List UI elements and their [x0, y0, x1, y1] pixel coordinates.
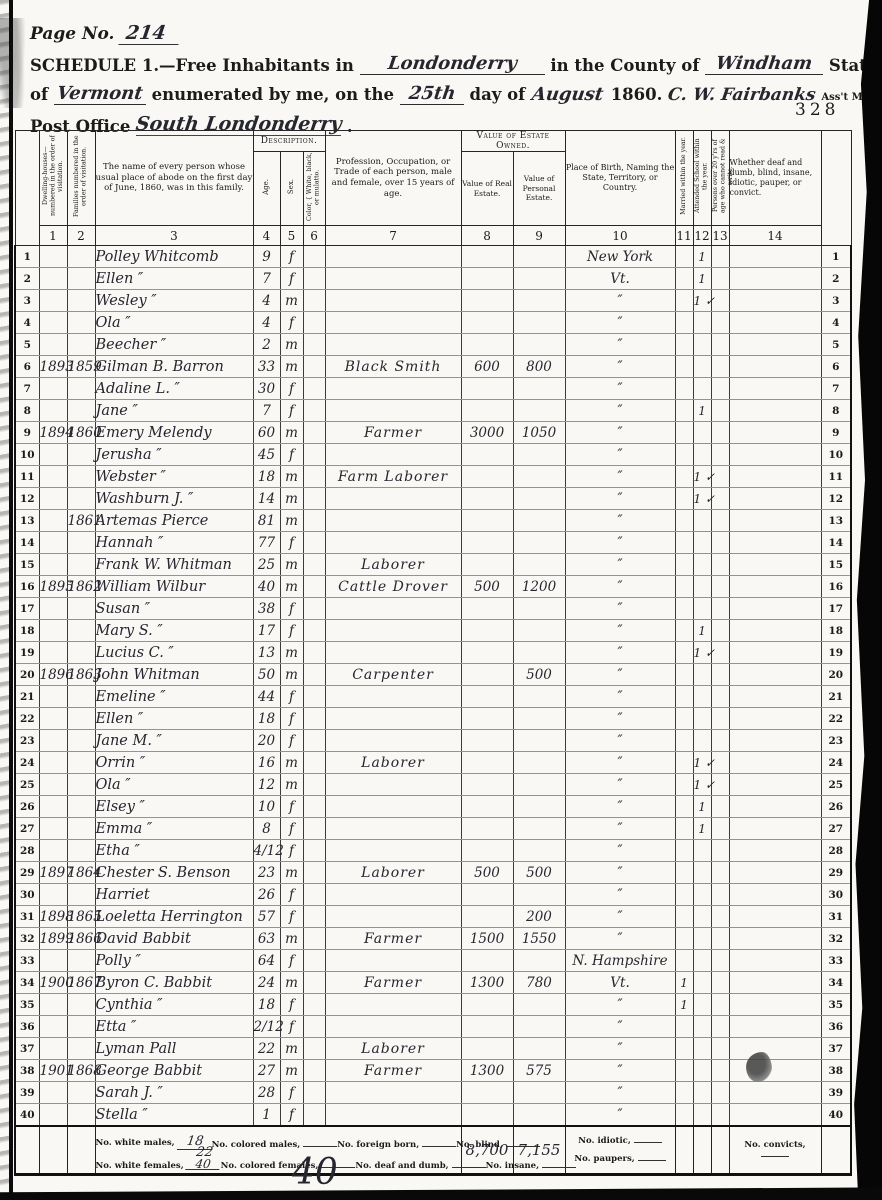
person-name: Polley Whitcomb — [95, 246, 253, 268]
row-number: 5 — [821, 334, 851, 356]
footer-right-number-cell — [821, 1126, 851, 1175]
school-mark — [693, 1038, 711, 1060]
row-number: 14 — [821, 532, 851, 554]
dwelling-number — [39, 598, 67, 620]
family-number — [67, 950, 95, 972]
color — [303, 532, 325, 554]
personal-estate-value — [513, 752, 565, 774]
age: 44 — [253, 686, 280, 708]
real-estate-value — [461, 1082, 513, 1104]
remarks — [729, 994, 821, 1016]
married-mark — [675, 840, 693, 862]
table-row: 1618951862William Wilbur40mCattle Drover… — [15, 576, 851, 598]
table-row: 7Adaline L. ″30f″7 — [15, 378, 851, 400]
footer-left-number-cell — [15, 1126, 39, 1175]
table-footer: No. white males, 18 No. colored males, N… — [15, 1126, 851, 1175]
age: 4/12 — [253, 840, 280, 862]
occupation — [325, 774, 461, 796]
left-number-column-header — [15, 131, 39, 246]
row-number: 13 — [15, 510, 39, 532]
age: 4 — [253, 312, 280, 334]
personal-estate-value — [513, 1082, 565, 1104]
personal-estate-value — [513, 994, 565, 1016]
married-mark: 1 — [675, 994, 693, 1016]
person-name: William Wilbur — [95, 576, 253, 598]
white-females-label: No. white females, — [96, 1161, 184, 1171]
birthplace: ″ — [565, 312, 675, 334]
convicts-label: No. convicts, — [744, 1140, 805, 1150]
school-mark — [693, 862, 711, 884]
birthplace: ″ — [565, 356, 675, 378]
birthplace: Vt. — [565, 972, 675, 994]
personal-estate-value — [513, 400, 565, 422]
family-number — [67, 1082, 95, 1104]
person-name: Byron C. Babbit — [95, 972, 253, 994]
personal-estate-value — [513, 686, 565, 708]
person-name: Emeline ″ — [95, 686, 253, 708]
schedule-title: SCHEDULE 1.—Free Inhabitants in — [30, 56, 354, 75]
person-name: Susan ″ — [95, 598, 253, 620]
column-number: 2 — [67, 226, 95, 246]
real-estate-value — [461, 818, 513, 840]
real-estate-value: 1300 — [461, 1060, 513, 1082]
day-of-label: day of — [470, 85, 526, 104]
cannot-read-mark — [711, 730, 729, 752]
married-mark — [675, 466, 693, 488]
dwelling-number — [39, 752, 67, 774]
sex: f — [280, 708, 303, 730]
school-mark — [693, 1060, 711, 1082]
cannot-read-mark — [711, 444, 729, 466]
color — [303, 510, 325, 532]
school-mark — [693, 994, 711, 1016]
school-mark — [693, 532, 711, 554]
column-number: 7 — [325, 226, 461, 246]
color — [303, 466, 325, 488]
occupation — [325, 444, 461, 466]
row-number: 27 — [15, 818, 39, 840]
color — [303, 598, 325, 620]
birthplace: ″ — [565, 642, 675, 664]
cannot-read-mark — [711, 1016, 729, 1038]
family-number — [67, 466, 95, 488]
real-estate-value — [461, 950, 513, 972]
cannot-read-mark — [711, 994, 729, 1016]
cannot-read-mark — [711, 950, 729, 972]
table-row: 131861Artemas Pierce81m″13 — [15, 510, 851, 532]
married-mark — [675, 1104, 693, 1126]
footer-married-cell — [675, 1126, 693, 1175]
occupation — [325, 818, 461, 840]
married-mark — [675, 488, 693, 510]
remarks — [729, 1038, 821, 1060]
col-profession-header: Profession, Occupation, or Trade of each… — [325, 131, 461, 226]
married-mark — [675, 554, 693, 576]
birthplace: ″ — [565, 664, 675, 686]
real-estate-value — [461, 488, 513, 510]
row-number: 32 — [821, 928, 851, 950]
age: 10 — [253, 796, 280, 818]
occupation — [325, 532, 461, 554]
insane-value — [542, 1167, 576, 1168]
row-number: 37 — [821, 1038, 851, 1060]
age: 23 — [253, 862, 280, 884]
color — [303, 400, 325, 422]
dwelling-number — [39, 730, 67, 752]
person-name: Emery Melendy — [95, 422, 253, 444]
row-number: 3 — [821, 290, 851, 312]
age: 25 — [253, 554, 280, 576]
school-mark: 1 — [693, 400, 711, 422]
color — [303, 642, 325, 664]
cannot-read-mark — [711, 1082, 729, 1104]
married-mark — [675, 598, 693, 620]
family-number — [67, 840, 95, 862]
row-number: 31 — [821, 906, 851, 928]
colored-males-value — [303, 1146, 337, 1147]
age: 50 — [253, 664, 280, 686]
personal-estate-value: 500 — [513, 862, 565, 884]
family-number — [67, 488, 95, 510]
cannot-read-mark — [711, 246, 729, 268]
married-mark — [675, 356, 693, 378]
age: 63 — [253, 928, 280, 950]
dwelling-number — [39, 884, 67, 906]
table-row: 3118981865Loeletta Herrington57f200″31 — [15, 906, 851, 928]
occupation: Farmer — [325, 972, 461, 994]
color — [303, 840, 325, 862]
personal-estate-value — [513, 950, 565, 972]
family-number: 1866 — [67, 928, 95, 950]
real-estate-value — [461, 510, 513, 532]
table-row: 30Harriet26f″30 — [15, 884, 851, 906]
birthplace: ″ — [565, 796, 675, 818]
remarks — [729, 598, 821, 620]
table-row: 1Polley Whitcomb9fNew York11 — [15, 246, 851, 268]
column-number: 5 — [280, 226, 303, 246]
cannot-read-mark — [711, 928, 729, 950]
row-number: 23 — [15, 730, 39, 752]
real-estate-value — [461, 532, 513, 554]
table-row: 12Washburn J. ″14m″1 ✓12 — [15, 488, 851, 510]
age: 28 — [253, 1082, 280, 1104]
column-number: 11 — [675, 226, 693, 246]
birthplace: ″ — [565, 488, 675, 510]
table-row: 14Hannah ″77f″14 — [15, 532, 851, 554]
real-estate-value — [461, 334, 513, 356]
family-number: 1861 — [67, 510, 95, 532]
col-birthplace-header: Place of Birth, Naming the State, Territ… — [565, 131, 675, 226]
personal-estate-value: 1550 — [513, 928, 565, 950]
column-number: 3 — [95, 226, 253, 246]
sex: m — [280, 664, 303, 686]
person-name: Frank W. Whitman — [95, 554, 253, 576]
row-number: 28 — [15, 840, 39, 862]
row-number: 27 — [821, 818, 851, 840]
birthplace: ″ — [565, 378, 675, 400]
occupation: Laborer — [325, 862, 461, 884]
personal-estate-value — [513, 708, 565, 730]
sex: f — [280, 950, 303, 972]
remarks — [729, 664, 821, 686]
personal-estate-value — [513, 1038, 565, 1060]
color — [303, 796, 325, 818]
row-number: 40 — [15, 1104, 39, 1126]
family-number — [67, 752, 95, 774]
age: 8 — [253, 818, 280, 840]
occupation — [325, 510, 461, 532]
married-mark — [675, 1060, 693, 1082]
dwelling-number — [39, 708, 67, 730]
color — [303, 554, 325, 576]
age: 38 — [253, 598, 280, 620]
person-name: Webster ″ — [95, 466, 253, 488]
school-mark — [693, 906, 711, 928]
row-number: 2 — [821, 268, 851, 290]
family-number: 1863 — [67, 664, 95, 686]
row-number: 30 — [15, 884, 39, 906]
school-mark: 1 — [693, 796, 711, 818]
dwelling-number — [39, 796, 67, 818]
col-color-header: Color, { White, black, or mulatto. — [303, 152, 325, 226]
birthplace: ″ — [565, 290, 675, 312]
row-number: 18 — [15, 620, 39, 642]
married-mark — [675, 510, 693, 532]
page-no-value: 214 — [119, 22, 182, 45]
row-number: 25 — [15, 774, 39, 796]
personal-estate-value: 780 — [513, 972, 565, 994]
occupation — [325, 708, 461, 730]
footer-convicts-cell: No. convicts, — [729, 1126, 821, 1175]
row-number: 25 — [821, 774, 851, 796]
row-number: 37 — [15, 1038, 39, 1060]
person-name: Loeletta Herrington — [95, 906, 253, 928]
occupation — [325, 598, 461, 620]
scan-right-edge — [848, 0, 882, 1200]
school-mark — [693, 664, 711, 686]
row-number: 13 — [821, 510, 851, 532]
family-number — [67, 334, 95, 356]
table-row: 618931859Gilman B. Barron33mBlack Smith6… — [15, 356, 851, 378]
sex: f — [280, 378, 303, 400]
cannot-read-mark — [711, 378, 729, 400]
row-number: 22 — [821, 708, 851, 730]
remarks — [729, 268, 821, 290]
dwelling-number: 1893 — [39, 356, 67, 378]
personal-estate-value — [513, 378, 565, 400]
stamp-number: 328 — [795, 100, 839, 120]
family-number — [67, 598, 95, 620]
age: 12 — [253, 774, 280, 796]
occupation: Laborer — [325, 554, 461, 576]
sex: m — [280, 466, 303, 488]
school-mark — [693, 356, 711, 378]
row-number: 35 — [15, 994, 39, 1016]
remarks — [729, 378, 821, 400]
occupation — [325, 1016, 461, 1038]
remarks — [729, 972, 821, 994]
remarks — [729, 730, 821, 752]
school-mark — [693, 510, 711, 532]
real-estate-value — [461, 290, 513, 312]
age: 64 — [253, 950, 280, 972]
married-mark — [675, 796, 693, 818]
age: 45 — [253, 444, 280, 466]
school-mark — [693, 1104, 711, 1126]
sex: f — [280, 884, 303, 906]
census-scan-page: Page No. 214 SCHEDULE 1.—Free Inhabitant… — [0, 0, 882, 1200]
table-row: 40Stella ″1f″40 — [15, 1104, 851, 1126]
age: 33 — [253, 356, 280, 378]
remarks — [729, 312, 821, 334]
occupation — [325, 796, 461, 818]
real-estate-value — [461, 642, 513, 664]
color — [303, 862, 325, 884]
remarks — [729, 950, 821, 972]
married-mark — [675, 730, 693, 752]
deaf-dumb-label: No. deaf and dumb, — [355, 1161, 448, 1171]
ink-blot — [746, 1052, 772, 1082]
enumeration-line: of Vermont enumerated by me, on the 25th… — [30, 83, 842, 105]
row-number: 15 — [15, 554, 39, 576]
column-number: 14 — [729, 226, 821, 246]
family-number — [67, 400, 95, 422]
person-name: Artemas Pierce — [95, 510, 253, 532]
cannot-read-mark — [711, 312, 729, 334]
sex: f — [280, 268, 303, 290]
occupation — [325, 950, 461, 972]
dwelling-number — [39, 246, 67, 268]
row-number: 17 — [15, 598, 39, 620]
footer-cannot-read-cell — [711, 1126, 729, 1175]
census-table: Dwelling-houses— numbered in the order o… — [14, 130, 852, 1176]
real-estate-value — [461, 906, 513, 928]
family-number — [67, 1016, 95, 1038]
row-number: 8 — [821, 400, 851, 422]
color — [303, 378, 325, 400]
school-mark: 1 ✓ — [693, 466, 711, 488]
color — [303, 774, 325, 796]
real-estate-value — [461, 774, 513, 796]
scan-left-edge — [9, 0, 13, 1200]
person-name: Gilman B. Barron — [95, 356, 253, 378]
remarks — [729, 928, 821, 950]
family-number: 1867 — [67, 972, 95, 994]
sex: f — [280, 598, 303, 620]
dwelling-number — [39, 620, 67, 642]
dwelling-number — [39, 1038, 67, 1060]
occupation — [325, 290, 461, 312]
personal-estate-value — [513, 554, 565, 576]
family-number — [67, 708, 95, 730]
personal-estate-value — [513, 774, 565, 796]
family-number: 1862 — [67, 576, 95, 598]
married-mark — [675, 686, 693, 708]
dwelling-number — [39, 378, 67, 400]
occupation — [325, 994, 461, 1016]
married-mark — [675, 818, 693, 840]
remarks — [729, 818, 821, 840]
person-name: George Babbit — [95, 1060, 253, 1082]
real-estate-value — [461, 708, 513, 730]
remarks — [729, 796, 821, 818]
color — [303, 1060, 325, 1082]
remarks — [729, 752, 821, 774]
paupers-label: No. paupers, — [574, 1154, 634, 1164]
table-row: 2Ellen ″7fVt.12 — [15, 268, 851, 290]
birthplace: ″ — [565, 1038, 675, 1060]
sex: f — [280, 246, 303, 268]
row-number: 21 — [821, 686, 851, 708]
table-row: 23Jane M. ″20f″23 — [15, 730, 851, 752]
age: 9 — [253, 246, 280, 268]
birthplace: ″ — [565, 1016, 675, 1038]
real-estate-value: 500 — [461, 862, 513, 884]
sex: f — [280, 796, 303, 818]
column-number: 9 — [513, 226, 565, 246]
family-number — [67, 620, 95, 642]
married-mark — [675, 642, 693, 664]
real-estate-value: 3000 — [461, 422, 513, 444]
col-personal-estate-header: Value of Personal Estate. — [513, 152, 565, 226]
county-value: Windham — [715, 53, 814, 74]
age: 27 — [253, 1060, 280, 1082]
colored-males-label: No. colored males, — [212, 1140, 301, 1150]
married-mark — [675, 1016, 693, 1038]
table-row: 24Orrin ″16mLaborer″1 ✓24 — [15, 752, 851, 774]
row-number: 11 — [15, 466, 39, 488]
row-number: 26 — [15, 796, 39, 818]
column-number: 1 — [39, 226, 67, 246]
real-estate-value — [461, 1104, 513, 1126]
family-number — [67, 312, 95, 334]
birthplace: ″ — [565, 906, 675, 928]
personal-estate-value: 1200 — [513, 576, 565, 598]
occupation: Farmer — [325, 928, 461, 950]
age: 7 — [253, 268, 280, 290]
dwelling-number — [39, 1016, 67, 1038]
color — [303, 928, 325, 950]
person-name: Jane ″ — [95, 400, 253, 422]
remarks — [729, 356, 821, 378]
married-mark — [675, 576, 693, 598]
dwelling-number — [39, 840, 67, 862]
row-number: 12 — [15, 488, 39, 510]
table-row: 5Beecher ″2m″5 — [15, 334, 851, 356]
table-row: 33Polly ″64fN. Hampshire33 — [15, 950, 851, 972]
row-number: 31 — [15, 906, 39, 928]
cannot-read-mark — [711, 796, 729, 818]
table-row: 3419001867Byron C. Babbit24mFarmer130078… — [15, 972, 851, 994]
person-name: Jane M. ″ — [95, 730, 253, 752]
dwelling-number: 1897 — [39, 862, 67, 884]
remarks — [729, 466, 821, 488]
sex: m — [280, 290, 303, 312]
married-mark — [675, 928, 693, 950]
personal-estate-value: 800 — [513, 356, 565, 378]
person-name: Adaline L. ″ — [95, 378, 253, 400]
col-cannot-read-header: Persons over 20 y'rs of age who cannot r… — [711, 131, 729, 226]
color — [303, 752, 325, 774]
cannot-read-mark — [711, 1038, 729, 1060]
person-name: Elsey ″ — [95, 796, 253, 818]
family-number: 1860 — [67, 422, 95, 444]
row-number: 24 — [821, 752, 851, 774]
cannot-read-mark — [711, 422, 729, 444]
color — [303, 1016, 325, 1038]
age: 13 — [253, 642, 280, 664]
remarks — [729, 510, 821, 532]
